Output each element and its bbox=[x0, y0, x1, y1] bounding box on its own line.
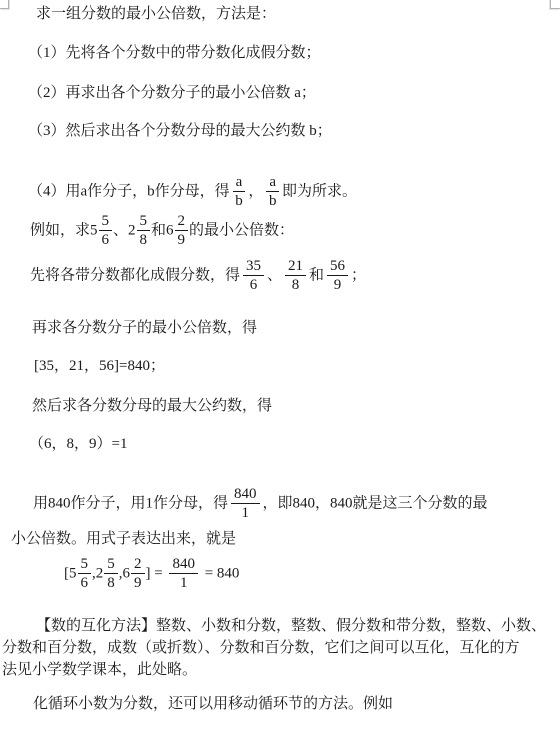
fraction-numerator: 840 bbox=[231, 486, 260, 504]
result-paragraph-line-2: 小公倍数。用式子表达出来，就是 bbox=[11, 529, 236, 549]
fraction-5-over-6: 56 bbox=[78, 556, 92, 592]
mixed-number-whole: 6 bbox=[123, 565, 131, 581]
fraction-56-over-9: 569 bbox=[327, 258, 348, 294]
mixed-number-whole: 6 bbox=[166, 222, 174, 238]
fraction-35-over-6: 356 bbox=[243, 258, 264, 294]
fraction-a-over-b-2: ab bbox=[266, 174, 279, 210]
fraction-denominator: 6 bbox=[78, 574, 92, 592]
fraction-21-over-8: 218 bbox=[285, 258, 306, 294]
document-page: 求一组分数的最小公倍数，方法是： （1）先将各个分数中的带分数化成假分数； （2… bbox=[0, 0, 560, 731]
fraction-denominator: 8 bbox=[285, 276, 306, 294]
step-2: （2）再求出各个分数分子的最小公倍数 a； bbox=[28, 83, 316, 103]
fraction-denominator: b bbox=[266, 192, 279, 210]
fraction-840-over-1: 8401 bbox=[169, 556, 198, 592]
fraction-numerator: a bbox=[266, 174, 279, 192]
conversion-note-line-1: 【数的互化方法】整数、小数和分数，整数、假分数和带分数，整数、小数、 bbox=[36, 616, 546, 636]
example-line: 例如，求556、258和629的最小公倍数： bbox=[30, 213, 294, 249]
mixed-number-whole: 5 bbox=[69, 565, 77, 581]
closing-line: 化循环小数为分数，还可以用移动循环节的方法。例如 bbox=[33, 694, 393, 714]
fraction-2-over-9: 29 bbox=[131, 556, 145, 592]
step-4-suffix: 即为所求。 bbox=[282, 183, 357, 199]
step-4: （4）用a作分子，b作分母，得ab，ab即为所求。 bbox=[28, 174, 357, 210]
fraction-denominator: 9 bbox=[327, 276, 348, 294]
fraction-5-over-8: 58 bbox=[137, 213, 151, 249]
fraction-5-over-8: 58 bbox=[104, 556, 118, 592]
fraction-denominator: 1 bbox=[231, 504, 260, 522]
fraction-denominator: 8 bbox=[104, 574, 118, 592]
fraction-a-over-b-1: ab bbox=[233, 174, 246, 210]
fraction-denominator: 8 bbox=[137, 231, 151, 249]
fraction-numerator: 35 bbox=[243, 258, 264, 276]
formula-line: [556,258,629] = 8401 = 840 bbox=[64, 556, 239, 592]
fraction-5-over-6: 56 bbox=[99, 213, 113, 249]
result-suffix: ，即840，840就是这三个分数的最 bbox=[263, 495, 488, 511]
denominator-gcd-text: 然后求各分数分母的最大公约数，得 bbox=[32, 396, 272, 416]
fraction-numerator: 840 bbox=[169, 556, 198, 574]
fraction-2-over-9: 29 bbox=[175, 213, 189, 249]
formula-close-bracket-equals: ] = bbox=[146, 565, 167, 581]
mixed-number-whole: 5 bbox=[90, 222, 98, 238]
fraction-numerator: 2 bbox=[175, 213, 189, 231]
fraction-denominator: 9 bbox=[131, 574, 145, 592]
improper-fractions-line: 先将各带分数都化成假分数，得356、218和569； bbox=[30, 258, 366, 294]
step-4-prefix: （4）用a作分子，b作分母，得 bbox=[28, 183, 230, 199]
fraction-numerator: 56 bbox=[327, 258, 348, 276]
fraction-numerator: 2 bbox=[131, 556, 145, 574]
table-corner-mark-left bbox=[0, 0, 9, 9]
numerator-lcm-equation: [35，21，56]=840； bbox=[34, 356, 165, 376]
fraction-denominator: 6 bbox=[99, 231, 113, 249]
step-4-comma: ， bbox=[248, 183, 263, 199]
numerator-lcm-text: 再求各分数分子的最小公倍数，得 bbox=[32, 318, 257, 338]
conversion-note-line-2: 分数和百分数，成数（或折数）、分数和百分数，它们之间可以互化，互化的方 bbox=[2, 638, 520, 658]
fraction-denominator: 6 bbox=[243, 276, 264, 294]
convert-separator-2: 和 bbox=[309, 267, 324, 283]
fraction-numerator: 5 bbox=[104, 556, 118, 574]
fraction-numerator: 21 bbox=[285, 258, 306, 276]
denominator-gcd-equation: （6，8，9）=1 bbox=[29, 434, 127, 454]
example-suffix: 的最小公倍数： bbox=[189, 222, 294, 238]
mixed-number-whole: 2 bbox=[128, 222, 136, 238]
fraction-numerator: 5 bbox=[78, 556, 92, 574]
mixed-number-whole: 2 bbox=[96, 565, 104, 581]
intro-line: 求一组分数的最小公倍数，方法是： bbox=[36, 4, 276, 24]
example-separator-1: 、 bbox=[113, 222, 128, 238]
fraction-numerator: 5 bbox=[99, 213, 113, 231]
fraction-denominator: b bbox=[233, 192, 246, 210]
fraction-840-over-1: 8401 bbox=[231, 486, 260, 522]
formula-result: = 840 bbox=[201, 565, 239, 581]
result-prefix: 用840作分子，用1作分母，得 bbox=[33, 495, 228, 511]
fraction-denominator: 9 bbox=[175, 231, 189, 249]
result-paragraph-line-1: 用840作分子，用1作分母，得8401，即840，840就是这三个分数的最 bbox=[33, 486, 488, 522]
convert-suffix: ； bbox=[351, 267, 366, 283]
step-3: （3）然后求出各个分数分母的最大公约数 b； bbox=[28, 121, 332, 141]
example-separator-2: 和 bbox=[151, 222, 166, 238]
fraction-numerator: a bbox=[233, 174, 246, 192]
fraction-numerator: 5 bbox=[137, 213, 151, 231]
table-corner-mark-right bbox=[550, 0, 560, 9]
example-prefix: 例如，求 bbox=[30, 222, 90, 238]
fraction-denominator: 1 bbox=[169, 574, 198, 592]
convert-prefix: 先将各带分数都化成假分数，得 bbox=[30, 267, 240, 283]
convert-separator-1: 、 bbox=[267, 267, 282, 283]
step-1: （1）先将各个分数中的带分数化成假分数； bbox=[28, 43, 321, 63]
conversion-note-line-3: 法见小学数学课本，此处略。 bbox=[2, 660, 197, 680]
